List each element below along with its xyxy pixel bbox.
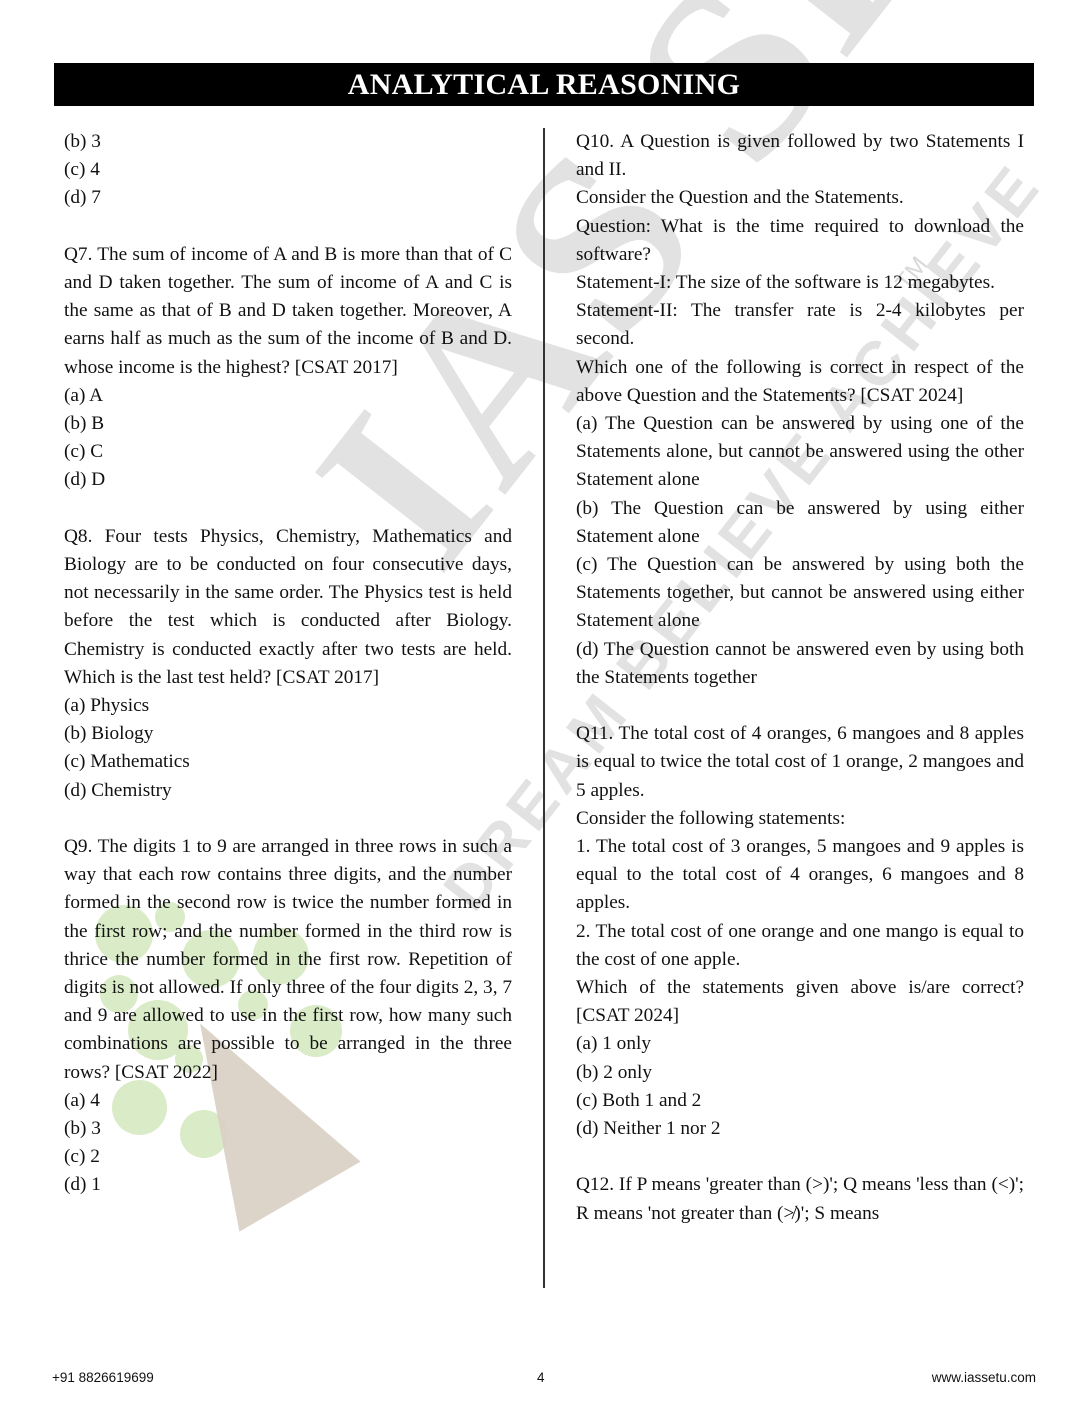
option: (c) C — [64, 438, 512, 466]
question-q9: Q9. The digits 1 to 9 are arranged in th… — [64, 833, 512, 1087]
option: (a) 1 only — [576, 1030, 1024, 1058]
footer-phone: +91 8826619699 — [52, 1370, 154, 1385]
question-q10-statement-2: Statement-II: The transfer rate is 2-4 k… — [576, 297, 1024, 353]
left-column: (b) 3 (c) 4 (d) 7 Q7. The sum of income … — [64, 128, 512, 1200]
option: (b) B — [64, 410, 512, 438]
question-q11: Q11. The total cost of 4 oranges, 6 mang… — [576, 720, 1024, 805]
option: (d) 1 — [64, 1171, 512, 1199]
page-title-banner: ANALYTICAL REASONING — [54, 63, 1034, 106]
option: (d) Chemistry — [64, 777, 512, 805]
option: (c) Both 1 and 2 — [576, 1087, 1024, 1115]
option: (a) 4 — [64, 1087, 512, 1115]
question-q12: Q12. If P means 'greater than (>)'; Q me… — [576, 1171, 1024, 1227]
right-column: Q10. A Question is given followed by two… — [576, 128, 1024, 1228]
question-q11-prompt: Which of the statements given above is/a… — [576, 974, 1024, 1030]
question-q10-question: Question: What is the time required to d… — [576, 213, 1024, 269]
option: (d) Neither 1 nor 2 — [576, 1115, 1024, 1143]
option: (d) The Question cannot be answered even… — [576, 636, 1024, 692]
option: (c) The Question can be answered by usin… — [576, 551, 1024, 636]
question-q11-statement-2: 2. The total cost of one orange and one … — [576, 918, 1024, 974]
footer-website-link[interactable]: www.iassetu.com — [932, 1370, 1036, 1385]
option: (b) 3 — [64, 1115, 512, 1143]
column-divider — [543, 128, 545, 1288]
option: (a) A — [64, 382, 512, 410]
question-q7: Q7. The sum of income of A and B is more… — [64, 241, 512, 382]
option: (a) Physics — [64, 692, 512, 720]
option: (c) Mathematics — [64, 748, 512, 776]
option: (b) 2 only — [576, 1059, 1024, 1087]
option: (a) The Question can be answered by usin… — [576, 410, 1024, 495]
option: (c) 4 — [64, 156, 512, 184]
option: (b) Biology — [64, 720, 512, 748]
option: (b) 3 — [64, 128, 512, 156]
option: (c) 2 — [64, 1143, 512, 1171]
option: (b) The Question can be answered by usin… — [576, 495, 1024, 551]
option: (d) D — [64, 466, 512, 494]
footer-page-number: 4 — [537, 1370, 545, 1385]
question-q8: Q8. Four tests Physics, Chemistry, Mathe… — [64, 523, 512, 692]
question-q11-consider: Consider the following statements: — [576, 805, 1024, 833]
question-q10-statement-1: Statement-I: The size of the software is… — [576, 269, 1024, 297]
question-q10-intro: Q10. A Question is given followed by two… — [576, 128, 1024, 184]
question-q11-statement-1: 1. The total cost of 3 oranges, 5 mangoe… — [576, 833, 1024, 918]
option: (d) 7 — [64, 184, 512, 212]
question-q10-consider: Consider the Question and the Statements… — [576, 184, 1024, 212]
question-q10-prompt: Which one of the following is correct in… — [576, 354, 1024, 410]
